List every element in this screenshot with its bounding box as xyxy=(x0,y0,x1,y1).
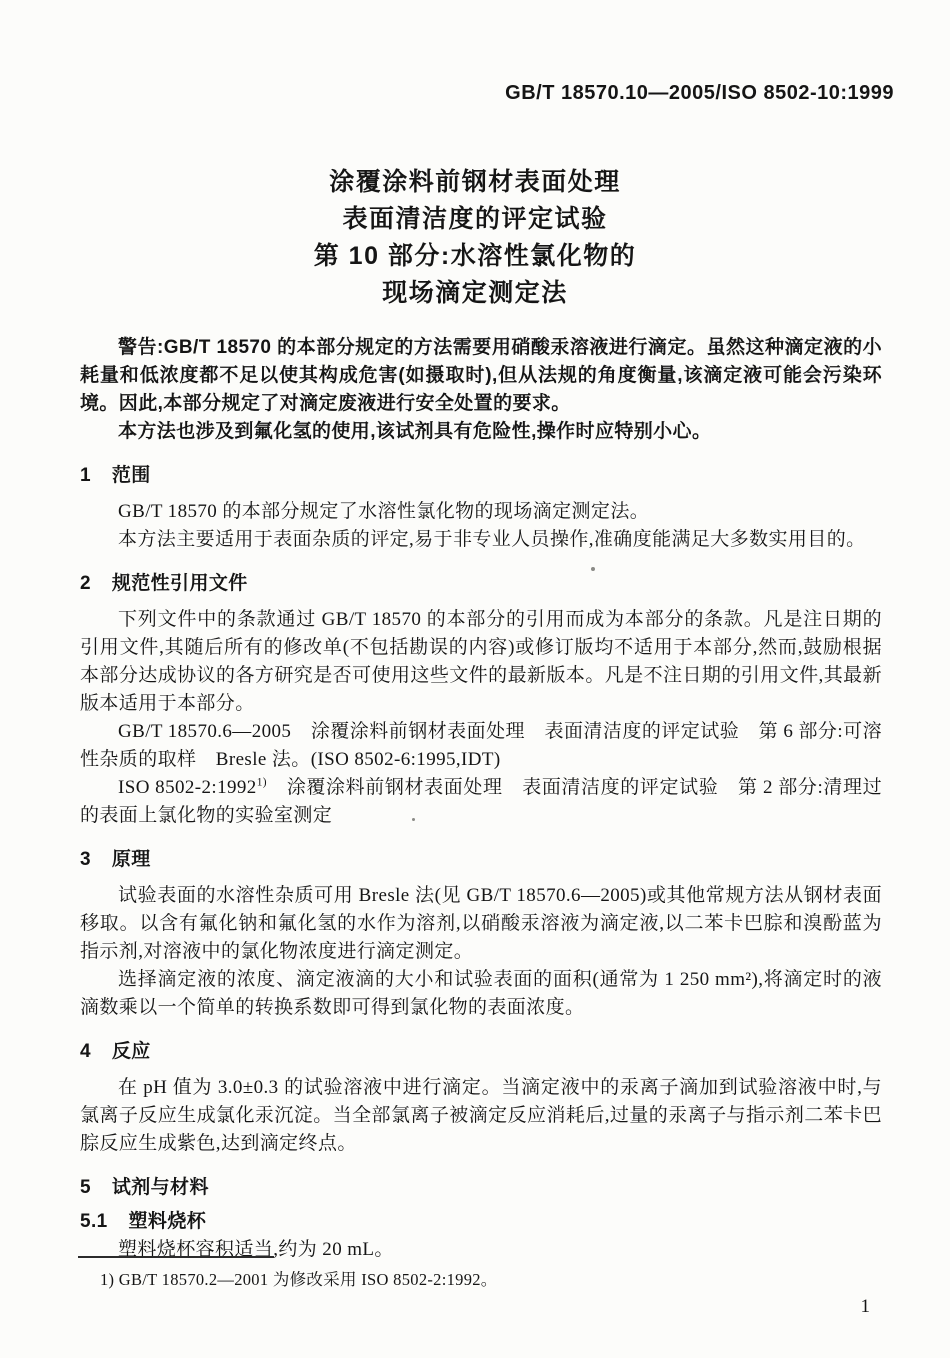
title-line-1: 涂覆涂料前钢材表面处理 xyxy=(0,164,950,201)
title-line-3: 第 10 部分:水溶性氯化物的 xyxy=(0,238,950,275)
page-number: 1 xyxy=(861,1296,871,1318)
section-4-heading: 4反应 xyxy=(80,1038,882,1066)
section-1-heading: 1范围 xyxy=(80,462,882,490)
standard-code: GB/T 18570.10—2005/ISO 8502-10:1999 xyxy=(505,82,894,105)
section-2-title: 规范性引用文件 xyxy=(112,570,248,598)
section-1-number: 1 xyxy=(80,462,91,490)
section-4-number: 4 xyxy=(80,1038,91,1066)
section-5-number: 5 xyxy=(80,1174,91,1202)
section-5-title: 试剂与材料 xyxy=(112,1174,209,1202)
section-5-1-number: 5.1 xyxy=(80,1208,108,1236)
reference-iso-8502-2: ISO 8502-2:19921) 涂覆涂料前钢材表面处理 表面清洁度的评定试验… xyxy=(80,774,882,830)
scan-speck xyxy=(591,567,595,571)
footnote-divider xyxy=(78,1256,274,1258)
reference-iso-8502-2-code: ISO 8502-2:1992 xyxy=(118,777,257,798)
section-5-1-title: 塑料烧杯 xyxy=(129,1208,207,1236)
document-page: GB/T 18570.10—2005/ISO 8502-10:1999 涂覆涂料… xyxy=(0,0,950,1358)
warning-paragraph-1: 警告:GB/T 18570 的本部分规定的方法需要用硝酸汞溶液进行滴定。虽然这种… xyxy=(80,334,882,418)
section-1-title: 范围 xyxy=(112,462,151,490)
warning-paragraph-2: 本方法也涉及到氟化氢的使用,该试剂具有危险性,操作时应特别小心。 xyxy=(80,418,882,446)
footnote-marker-1: 1) xyxy=(257,777,267,789)
section-2-paragraph-1: 下列文件中的条款通过 GB/T 18570 的本部分的引用而成为本部分的条款。凡… xyxy=(80,606,882,718)
section-3-paragraph-2: 选择滴定液的浓度、滴定液滴的大小和试验表面的面积(通常为 1 250 mm²),… xyxy=(80,966,882,1022)
footnote-text: 1) GB/T 18570.2—2001 为修改采用 ISO 8502-2:19… xyxy=(100,1266,498,1290)
section-1-paragraph-2: 本方法主要适用于表面杂质的评定,易于非专业人员操作,准确度能满足大多数实用目的。 xyxy=(80,526,882,554)
title-line-2: 表面清洁度的评定试验 xyxy=(0,201,950,238)
document-body: 警告:GB/T 18570 的本部分规定的方法需要用硝酸汞溶液进行滴定。虽然这种… xyxy=(80,334,882,1264)
section-3-title: 原理 xyxy=(112,846,151,874)
section-4-title: 反应 xyxy=(112,1038,151,1066)
section-5-heading: 5试剂与材料 xyxy=(80,1174,882,1202)
section-2-number: 2 xyxy=(80,570,91,598)
section-2-heading: 2规范性引用文件 xyxy=(80,570,882,598)
section-3-number: 3 xyxy=(80,846,91,874)
section-3-paragraph-1: 试验表面的水溶性杂质可用 Bresle 法(见 GB/T 18570.6—200… xyxy=(80,882,882,966)
document-title: 涂覆涂料前钢材表面处理 表面清洁度的评定试验 第 10 部分:水溶性氯化物的 现… xyxy=(0,164,950,312)
section-5-1-heading: 5.1塑料烧杯 xyxy=(80,1208,882,1236)
section-5-1-paragraph-1: 塑料烧杯容积适当,约为 20 mL。 xyxy=(80,1236,882,1264)
scan-speck xyxy=(412,818,415,821)
section-3-heading: 3原理 xyxy=(80,846,882,874)
section-4-paragraph-1: 在 pH 值为 3.0±0.3 的试验溶液中进行滴定。当滴定液中的汞离子滴加到试… xyxy=(80,1074,882,1158)
reference-gbt-18570-6: GB/T 18570.6—2005 涂覆涂料前钢材表面处理 表面清洁度的评定试验… xyxy=(80,718,882,774)
section-1-paragraph-1: GB/T 18570 的本部分规定了水溶性氯化物的现场滴定测定法。 xyxy=(80,498,882,526)
title-line-4: 现场滴定测定法 xyxy=(0,275,950,312)
